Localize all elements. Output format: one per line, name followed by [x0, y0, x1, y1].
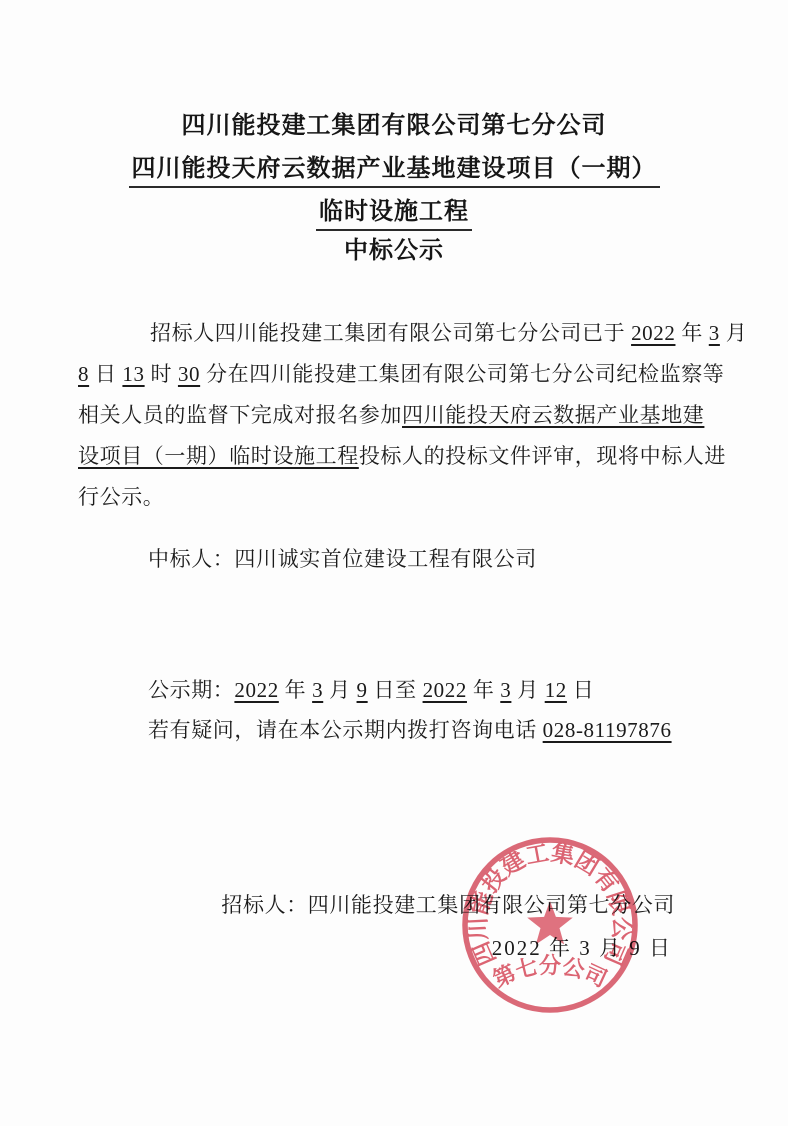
- body-line-3: 相关人员的监督下完成对报名参加四川能投天府云数据产业基地建: [78, 399, 704, 429]
- underlined-text-segment: 30: [178, 362, 200, 386]
- underlined-text-segment: 3: [709, 321, 720, 345]
- publicity-period-line: 公示期：2022 年 3 月 9 日至 2022 年 3 月 12 日: [148, 674, 594, 704]
- text-segment: 年: [467, 678, 500, 702]
- title-works-line: 临时设施工程: [0, 191, 788, 226]
- winner-line: 中标人：四川诚实首位建设工程有限公司: [148, 543, 537, 573]
- underlined-text-segment: 四川能投天府云数据产业基地建: [402, 403, 704, 427]
- text-segment: 月: [511, 678, 544, 702]
- title-announcement-text: 中标公示: [344, 238, 444, 264]
- title-company-text: 四川能投建工集团有限公司第七分公司: [182, 113, 607, 139]
- text-segment: 日: [89, 362, 122, 386]
- text-segment: 时: [145, 362, 178, 386]
- seal-star: [527, 901, 573, 944]
- text-segment: 投标人的投标文件评审，现将中标人进: [359, 444, 726, 468]
- body-line-2: 8 日 13 时 30 分在四川能投建工集团有限公司第七分公司纪检监察等: [78, 358, 724, 388]
- title-company-line: 四川能投建工集团有限公司第七分公司: [0, 105, 788, 140]
- text-segment: 日至: [368, 678, 423, 702]
- title-project-text: 四川能投天府云数据产业基地建设项目（一期）: [129, 156, 660, 188]
- body-line-5: 行公示。: [78, 481, 164, 511]
- underlined-text-segment: 028-81197876: [543, 718, 672, 742]
- seal-bottom-text-element: 第七分公司: [489, 953, 611, 992]
- underlined-text-segment: 2022: [234, 678, 278, 702]
- text-segment: 年: [675, 321, 708, 345]
- underlined-text-segment: 2022: [631, 321, 675, 345]
- text-segment: 中标人：四川诚实首位建设工程有限公司: [148, 547, 537, 571]
- underlined-text-segment: 3: [500, 678, 511, 702]
- body-line-4: 设项目（一期）临时设施工程投标人的投标文件评审，现将中标人进: [78, 440, 726, 470]
- underlined-text-segment: 设项目（一期）临时设施工程: [78, 444, 359, 468]
- text-segment: 分在四川能投建工集团有限公司第七分公司纪检监察等: [200, 362, 724, 386]
- underlined-text-segment: 13: [122, 362, 144, 386]
- text-segment: 若有疑问，请在本公示期内拨打咨询电话: [148, 718, 543, 742]
- text-segment: 公示期：: [148, 678, 234, 702]
- text-segment: 日: [567, 678, 594, 702]
- contact-phone-line: 若有疑问，请在本公示期内拨打咨询电话 028-81197876: [148, 714, 672, 744]
- company-seal-graphic: 四川能投建工集团有限公司 第七分公司: [455, 830, 645, 1020]
- seal-bottom-text: 第七分公司: [489, 953, 611, 992]
- text-segment: 月: [323, 678, 356, 702]
- company-seal: 四川能投建工集团有限公司 第七分公司: [455, 830, 645, 1020]
- title-works-text: 临时设施工程: [316, 199, 472, 231]
- underlined-text-segment: 3: [312, 678, 323, 702]
- text-segment: 月: [720, 321, 747, 345]
- underlined-text-segment: 2022: [423, 678, 467, 702]
- underlined-text-segment: 8: [78, 362, 89, 386]
- title-announcement-line: 中标公示: [0, 230, 788, 265]
- underlined-text-segment: 12: [545, 678, 567, 702]
- text-segment: 行公示。: [78, 485, 164, 509]
- body-line-1: 招标人四川能投建工集团有限公司第七分公司已于 2022 年 3 月: [150, 317, 747, 347]
- text-segment: 年: [279, 678, 312, 702]
- underlined-text-segment: 9: [357, 678, 368, 702]
- title-project-line: 四川能投天府云数据产业基地建设项目（一期）: [0, 148, 788, 183]
- scanned-bid-announcement-page: { "page": { "background": "#fdfdfd", "te…: [0, 0, 788, 1126]
- text-segment: 相关人员的监督下完成对报名参加: [78, 403, 402, 427]
- text-segment: 招标人四川能投建工集团有限公司第七分公司已于: [150, 321, 631, 345]
